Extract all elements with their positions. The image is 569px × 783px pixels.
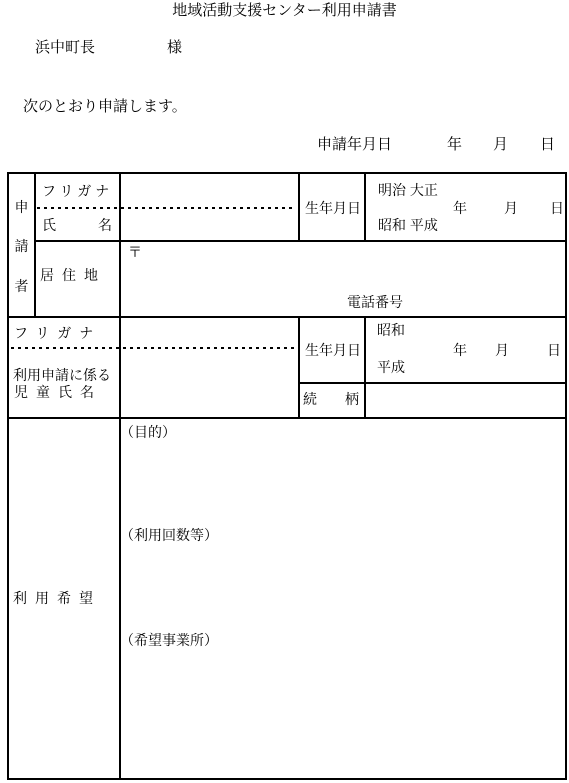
residence-label: 居住地 [40,268,106,283]
phone-number-label: 電話番号 [347,295,403,310]
applicant-name-field[interactable] [121,174,298,240]
applicant-name-label: 氏 名 [42,218,112,233]
facility-label: （希望事業所） [120,633,218,648]
applicant-era-meiji-taisho: 明治 大正 [378,183,438,198]
application-date-month-label: 月 [493,137,508,153]
application-date-label: 申請年月日 [317,137,392,153]
child-birth-day-label: 日 [547,343,561,358]
frequency-label: （利用回数等） [120,528,218,543]
addressee: 浜中町長 [35,40,95,56]
grid-line-applicant-column [34,174,36,318]
grid-line-birthdate-left-row3 [298,316,300,417]
child-name-field[interactable] [121,318,298,417]
application-form-page: 地域活動支援センター利用申請書 浜中町長 様 次のとおり申請します。 申請年月日… [0,0,569,783]
applicant-birth-day-label: 日 [550,201,564,216]
child-birth-month-label: 月 [495,343,509,358]
child-name-label-line1: 利用申請に係る [13,368,111,383]
postal-mark: 〒 [128,245,142,260]
applicant-label-char: 申 [15,200,29,214]
applicant-section-label: 申 請 者 [9,174,34,318]
applicant-era-showa-heisei: 昭和 平成 [378,218,438,233]
applicant-residence-field[interactable] [121,242,565,316]
intro-sentence: 次のとおり申請します。 [23,99,187,115]
applicant-furigana-label: フリガナ [42,184,113,199]
child-era-showa: 昭和 [377,323,405,338]
child-birthdate-label: 生年月日 [305,343,361,358]
applicant-birth-month-label: 月 [504,201,518,216]
application-form-table: 申 請 者 フリガナ 氏 名 生年月日 明治 大正 昭和 平成 年 月 日 居住… [7,172,567,780]
child-relation-field[interactable] [366,384,565,417]
request-section-label: 利用希望 [13,591,101,606]
application-date-day-label: 日 [540,137,555,153]
applicant-birth-year-label: 年 [453,201,467,216]
grid-line-birthdate-left-row1 [298,174,300,240]
child-name-label-line2: 児童氏名 [14,385,102,400]
child-era-heisei: 平成 [377,360,405,375]
addressee-honorific: 様 [167,40,182,56]
purpose-label: （目的） [120,425,176,440]
request-details-field[interactable] [121,419,565,778]
form-title: 地域活動支援センター利用申請書 [0,3,569,19]
applicant-label-char: 者 [15,279,29,293]
child-furigana-label: フリガナ [14,326,101,341]
child-birth-year-label: 年 [453,343,467,358]
relation-label: 続 柄 [303,392,359,407]
applicant-label-char: 請 [15,239,29,253]
applicant-birthdate-label: 生年月日 [305,201,361,216]
application-date-year-label: 年 [447,137,462,153]
